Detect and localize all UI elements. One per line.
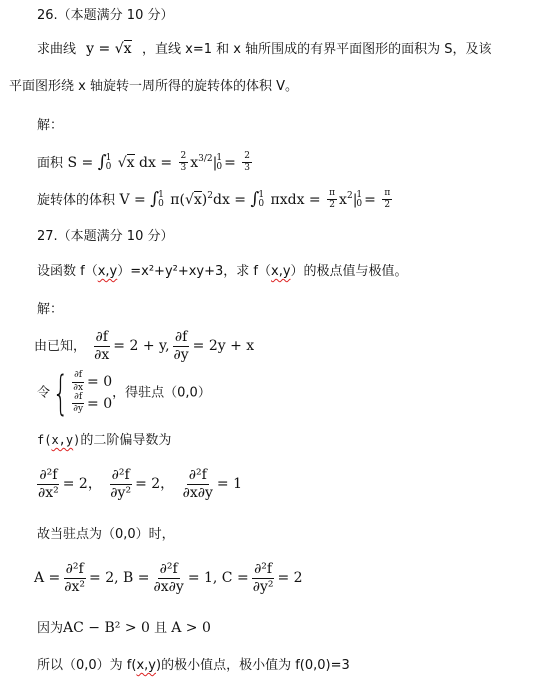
spellcheck-underlined-args: x,y [98,264,118,279]
curve-equation: y = √x [86,41,136,57]
problem-26-statement-line2: 平面图形绕 x 轴旋转一周所得的旋转体的体积 V。 [9,80,298,93]
problem-27-header: 27.（本题满分 10 分） [37,230,173,243]
second-partials: ∂²f∂x²= 2， ∂²f∂y²= 2， ∂²f∂x∂y= 1 [34,468,242,500]
area-label: 面积 [37,156,63,171]
volume-label: 旋转体的体积 [37,193,115,208]
problem-26-statement-line1: 求曲线 y = √x ，直线 x=1 和 x 轴所围成的有界平面图形的面积为 S… [37,42,491,56]
problem-26-header: 26.（本题满分 10 分） [37,9,173,22]
abc-values: A =∂²f∂x²= 2, B =∂²f∂x∂y= 1, C =∂²f∂y²= … [34,562,303,594]
left-brace-icon: { [53,370,69,416]
statement-prefix: 求曲线 [37,42,76,57]
solution-label-27: 解： [37,303,63,316]
problem-27-statement: 设函数 f（x,y）=x²+y²+xy+3，求 f（x,y）的极点值与极值。 [37,265,408,278]
first-partials: 由已知， ∂f∂x= 2 + y,∂f∂y= 2y + x [34,330,254,362]
area-formula: 面积 S = ∫10 √x dx = 23x3/2|10= 23 [37,152,254,174]
discriminant-condition: 因为AC − B² > 0 且 A > 0 [37,621,211,635]
solution-label-26: 解： [37,119,63,132]
spellcheck-underlined-args: x,y [271,264,291,279]
when-stationary: 故当驻点为（0,0）时， [37,528,175,541]
volume-formula: 旋转体的体积 V = ∫10 π(√x)2dx = ∫10 πxdx = π2x… [37,189,394,211]
conclusion: 所以（0,0）为 f(x,y)的极小值点，极小值为 f(0,0)=3 [37,659,350,672]
stationary-system: 令{ ∂f∂x= 0 ∂f∂y= 0 ，得驻点（0,0） [37,370,211,416]
statement-suffix: ，直线 x=1 和 x 轴所围成的有界平面图形的面积为 S，及该 [142,42,491,57]
second-order-label: f(x,y)的二阶偏导数为 [37,434,171,447]
